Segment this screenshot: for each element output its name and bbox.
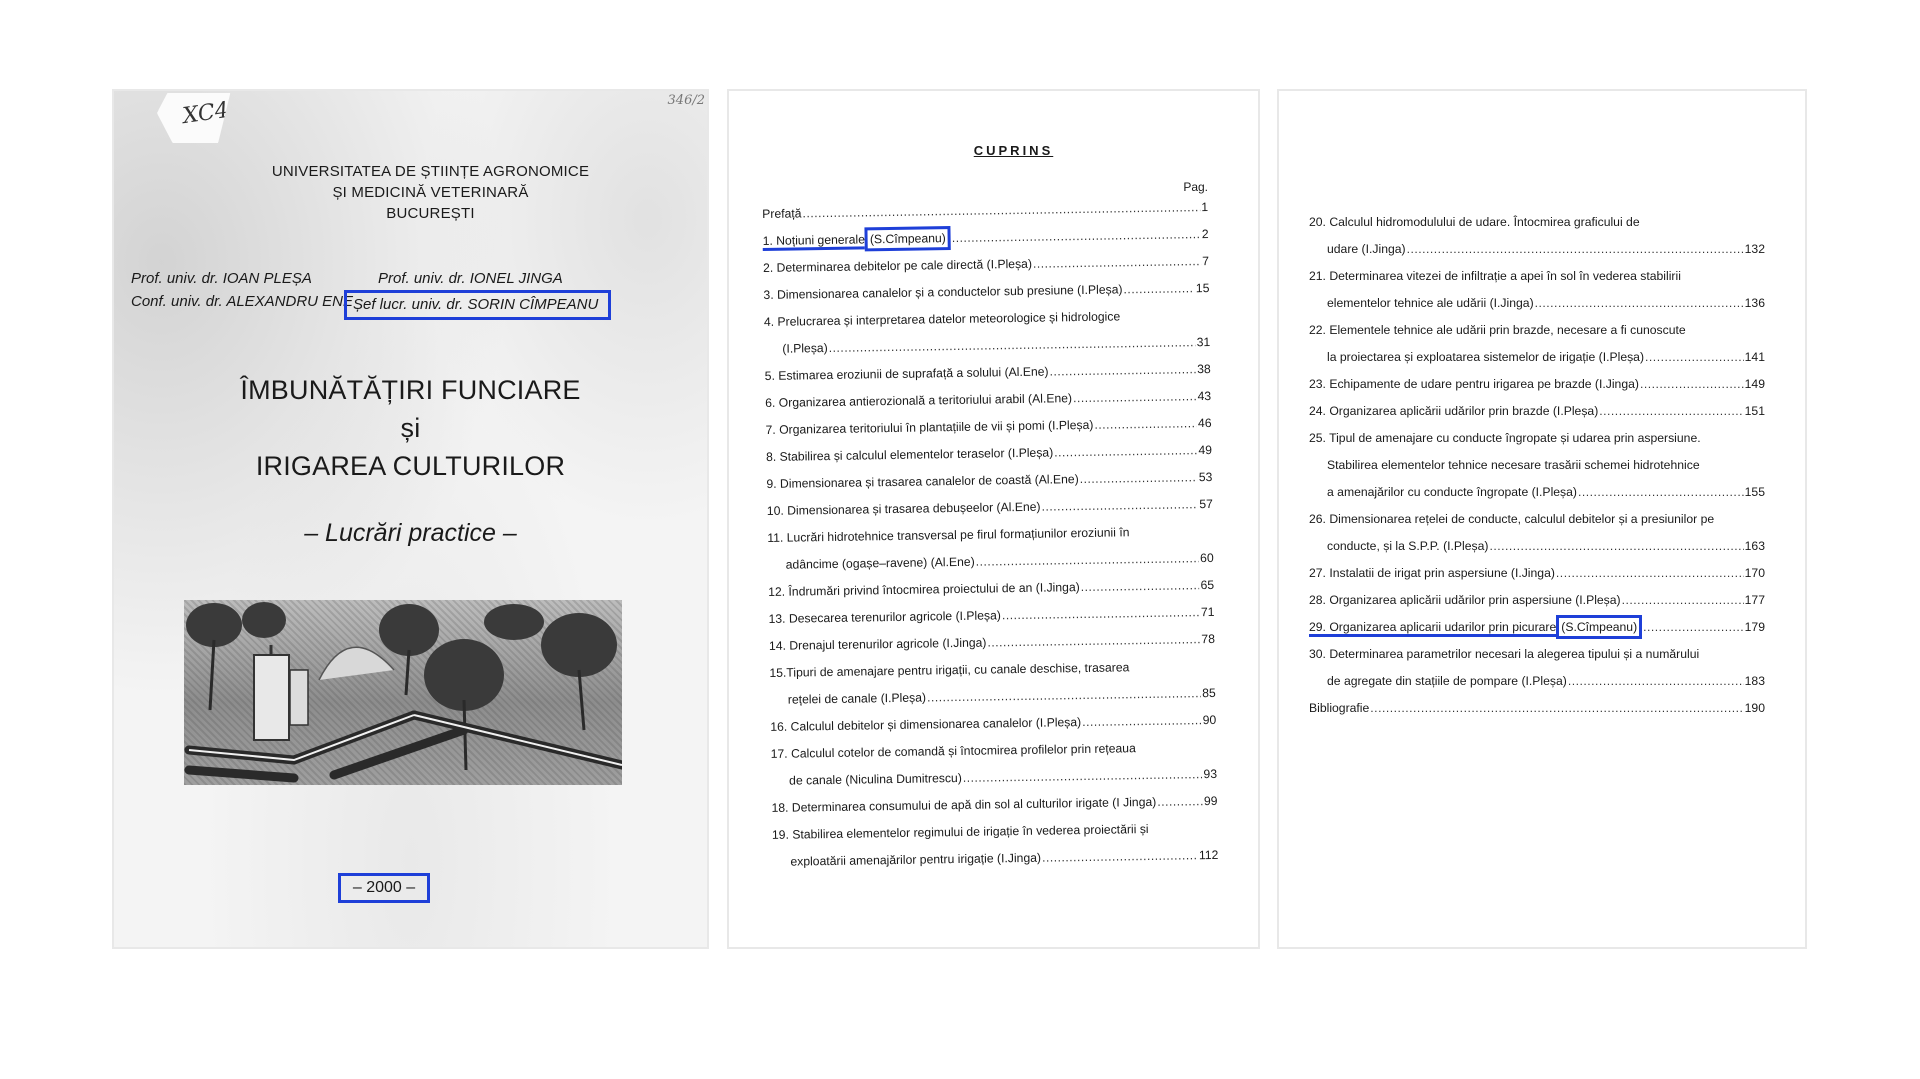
toc-entry: Bibliografie190 xyxy=(1309,695,1765,722)
toc-entry: udare (I.Jinga)132 xyxy=(1309,236,1765,263)
toc-entry-title: 29. Organizarea aplicarii udarilor prin … xyxy=(1309,614,1642,641)
toc-entry: la proiectarea și exploatarea sistemelor… xyxy=(1309,344,1765,371)
title-line: și xyxy=(114,409,707,447)
toc-page-number: 93 xyxy=(1203,761,1217,788)
toc-entry: 23. Echipamente de udare pentru irigarea… xyxy=(1309,371,1765,398)
leader-dots xyxy=(1157,788,1203,816)
toc-entry: conducte, și la S.P.P. (I.Pleșa)163 xyxy=(1309,533,1765,560)
leader-dots xyxy=(1033,248,1202,278)
irrigation-illustration xyxy=(184,600,622,785)
book-subtitle: – Lucrări practice – xyxy=(114,519,707,548)
toc-entry-title: rețelei de canale (I.Pleșa) xyxy=(788,684,927,713)
authors-left: Prof. univ. dr. IOAN PLEȘA Conf. univ. d… xyxy=(131,267,353,313)
toc-page-number: 46 xyxy=(1198,410,1212,437)
toc-entry: 30. Determinarea parametrilor necesari l… xyxy=(1309,641,1765,668)
cover-page: XC4 346/2 UNIVERSITATEA DE ȘTIINȚE AGRON… xyxy=(112,89,709,949)
leader-dots xyxy=(1041,491,1198,520)
leader-dots xyxy=(1123,275,1195,303)
toc-page-number: 141 xyxy=(1745,344,1765,371)
toc-page-number: 65 xyxy=(1200,572,1214,599)
toc-entry-title: Prefață xyxy=(762,200,802,228)
toc-entry: 27. Instalatii de irigat prin aspersiune… xyxy=(1309,560,1765,587)
toc-entry-title: 14. Drenajul terenurilor agricole (I.Jin… xyxy=(769,630,987,660)
leader-dots xyxy=(1643,614,1744,641)
toc-page-number: 136 xyxy=(1745,290,1765,317)
toc-entry: exploatării amenajărilor pentru irigație… xyxy=(772,842,1218,876)
leader-dots xyxy=(1002,599,1200,629)
toc-page-number: 183 xyxy=(1745,668,1765,695)
toc-page-number: 155 xyxy=(1745,479,1765,506)
toc-entry-title: exploatării amenajărilor pentru irigație… xyxy=(790,845,1041,876)
author: Prof. univ. dr. IOAN PLEȘA xyxy=(131,267,353,290)
publication-year: – 2000 – xyxy=(338,873,430,903)
toc-entry: de agregate din stațiile de pompare (I.P… xyxy=(1309,668,1765,695)
toc-entry-title: a amenajărilor cu conducte îngropate (I.… xyxy=(1327,479,1577,506)
leader-dots xyxy=(1370,695,1743,722)
toc-page-number: 132 xyxy=(1745,236,1765,263)
toc-entry-title: de canale (Niculina Dumitrescu) xyxy=(789,765,962,795)
toc-page-number: 43 xyxy=(1197,383,1211,410)
leader-dots xyxy=(1578,479,1744,506)
toc-entry-title: 28. Organizarea aplicării udărilor prin … xyxy=(1309,587,1621,614)
university-name: UNIVERSITATEA DE ȘTIINȚE AGRONOMICE ȘI M… xyxy=(114,161,707,224)
toc-page-number: 151 xyxy=(1745,398,1765,425)
leader-dots xyxy=(927,680,1202,711)
leader-dots xyxy=(1079,464,1198,493)
toc-page-number: 163 xyxy=(1745,533,1765,560)
leader-dots xyxy=(1081,572,1200,601)
leader-dots xyxy=(952,221,1201,252)
leader-dots xyxy=(1640,371,1744,398)
toc-entry-title: 10. Dimensionarea și trasarea debușeelor… xyxy=(767,494,1041,525)
leader-dots xyxy=(1042,842,1198,871)
toc-entry-title: 23. Echipamente de udare pentru irigarea… xyxy=(1309,371,1639,398)
toc-entry: 29. Organizarea aplicarii udarilor prin … xyxy=(1309,614,1765,641)
irrigation-scene-icon xyxy=(184,600,622,785)
university-city: BUCUREȘTI xyxy=(154,203,707,224)
toc-page-number: 2 xyxy=(1202,221,1209,248)
toc-entry: elementelor tehnice ale udării (I.Jinga)… xyxy=(1309,290,1765,317)
toc-entry-title: Stabilirea elementelor tehnice necesare … xyxy=(1327,452,1700,479)
toc-page-number: 7 xyxy=(1202,248,1209,275)
toc-page-number: 57 xyxy=(1199,491,1213,518)
leader-dots xyxy=(1568,668,1744,695)
toc-entry-title: 22. Elementele tehnice ale udării prin b… xyxy=(1309,317,1686,344)
toc-entry-title: 25. Tipul de amenajare cu conducte îngro… xyxy=(1309,425,1701,452)
toc-entry: 20. Calculul hidromodulului de udare. În… xyxy=(1309,209,1765,236)
leader-dots xyxy=(1094,410,1197,439)
toc-entry-title: conducte, și la S.P.P. (I.Pleșa) xyxy=(1327,533,1488,560)
toc-page-number: 112 xyxy=(1199,842,1219,869)
author: Conf. univ. dr. ALEXANDRU ENE xyxy=(131,290,353,313)
toc-page-number: 31 xyxy=(1197,329,1211,356)
toc-page-number: 53 xyxy=(1199,464,1213,491)
leader-dots xyxy=(987,626,1200,656)
page-column-label: Pag. xyxy=(1183,180,1208,194)
leader-dots xyxy=(976,545,1200,576)
toc-page-number: 85 xyxy=(1202,680,1216,707)
toc-entry-title: elementelor tehnice ale udării (I.Jinga) xyxy=(1327,290,1534,317)
toc-page-number: 78 xyxy=(1201,626,1215,653)
toc-entry: 21. Determinarea vitezei de infiltrație … xyxy=(1309,263,1765,290)
toc-page-number: 179 xyxy=(1745,614,1765,641)
highlighted-underline: 1. Noțiuni generale xyxy=(763,232,866,251)
toc-page-number: 71 xyxy=(1201,599,1215,626)
toc-entry: Stabilirea elementelor tehnice necesare … xyxy=(1309,452,1765,479)
toc-entry: 22. Elementele tehnice ale udării prin b… xyxy=(1309,317,1765,344)
toc-page-number: 38 xyxy=(1197,356,1211,383)
toc-entry: 26. Dimensionarea rețelei de conducte, c… xyxy=(1309,506,1765,533)
shelf-mark: 346/2 xyxy=(668,93,705,108)
toc-page-number: 1 xyxy=(1201,194,1208,221)
highlighted-author: Șef lucr. univ. dr. SORIN CÎMPEANU xyxy=(344,290,611,320)
title-line: ÎMBUNĂTĂȚIRI FUNCIARE xyxy=(114,371,707,409)
author: Prof. univ. dr. IONEL JINGA xyxy=(378,267,611,290)
toc-entry-title: 2. Determinarea debitelor pe cale direct… xyxy=(763,251,1032,282)
toc-entry-title: de agregate din stațiile de pompare (I.P… xyxy=(1327,668,1567,695)
handwritten-tag-text: XC4 xyxy=(181,98,230,129)
table-of-contents-page-2: 20. Calculul hidromodulului de udare. În… xyxy=(1277,89,1807,949)
handwritten-library-tag: XC4 xyxy=(152,93,231,143)
university-line: UNIVERSITATEA DE ȘTIINȚE AGRONOMICE xyxy=(154,161,707,182)
leader-dots xyxy=(1489,533,1743,560)
toc-entry-title: 24. Organizarea aplicării udărilor prin … xyxy=(1309,398,1598,425)
toc-page-number: 190 xyxy=(1745,695,1765,722)
university-line: ȘI MEDICINĂ VETERINARĂ xyxy=(154,182,707,203)
toc-page-number: 177 xyxy=(1745,587,1765,614)
toc-list: 20. Calculul hidromodulului de udare. În… xyxy=(1309,209,1765,722)
toc-entry-title: la proiectarea și exploatarea sistemelor… xyxy=(1327,344,1644,371)
leader-dots xyxy=(963,761,1203,792)
toc-entry-title: adâncime (ogașe–ravene) (Al.Ene) xyxy=(786,549,975,579)
table-of-contents-page-1: CUPRINS Pag. Prefață11. Noțiuni generale… xyxy=(727,89,1260,949)
toc-page-number: 60 xyxy=(1200,545,1214,572)
leader-dots xyxy=(1407,236,1744,263)
toc-entry-title: 30. Determinarea parametrilor necesari l… xyxy=(1309,641,1699,668)
toc-entry-title: 27. Instalatii de irigat prin aspersiune… xyxy=(1309,560,1555,587)
toc-page-number: 99 xyxy=(1204,788,1218,815)
toc-entry-title: 21. Determinarea vitezei de infiltrație … xyxy=(1309,263,1681,290)
toc-entry: a amenajărilor cu conducte îngropate (I.… xyxy=(1309,479,1765,506)
toc-heading: CUPRINS xyxy=(729,143,1258,158)
toc-page-number: 170 xyxy=(1745,560,1765,587)
leader-dots xyxy=(1082,707,1202,736)
toc-entry-title: 26. Dimensionarea rețelei de conducte, c… xyxy=(1309,506,1714,533)
toc-list: Prefață11. Noțiuni generale(S.Cîmpeanu)2… xyxy=(762,194,1219,876)
toc-entry: 24. Organizarea aplicării udărilor prin … xyxy=(1309,398,1765,425)
toc-page-number: 149 xyxy=(1745,371,1765,398)
leader-dots xyxy=(1645,344,1744,371)
highlighted-author-box: (S.Cîmpeanu) xyxy=(865,226,951,251)
toc-entry-title: 13. Desecarea terenurilor agricole (I.Pl… xyxy=(768,602,1001,633)
highlighted-author-box: (S.Cîmpeanu) xyxy=(1556,615,1642,639)
toc-page-number: 15 xyxy=(1196,275,1210,302)
toc-entry-title: (I.Pleșa) xyxy=(782,335,828,363)
toc-entry-title: 1. Noțiuni generale(S.Cîmpeanu) xyxy=(762,225,951,255)
toc-entry-title: Bibliografie xyxy=(1309,695,1369,722)
toc-entry: 28. Organizarea aplicării udărilor prin … xyxy=(1309,587,1765,614)
toc-entry: 25. Tipul de amenajare cu conducte îngro… xyxy=(1309,425,1765,452)
book-title: ÎMBUNĂTĂȚIRI FUNCIARE și IRIGAREA CULTUR… xyxy=(114,371,707,485)
authors-right: Prof. univ. dr. IONEL JINGA Șef lucr. un… xyxy=(378,267,611,320)
toc-page-number: 90 xyxy=(1202,707,1216,734)
leader-dots xyxy=(1622,587,1744,614)
title-line: IRIGAREA CULTURILOR xyxy=(114,447,707,485)
leader-dots xyxy=(1073,383,1197,412)
leader-dots xyxy=(1049,356,1196,385)
toc-entry-title: 20. Calculul hidromodulului de udare. În… xyxy=(1309,209,1640,236)
leader-dots xyxy=(1054,437,1198,466)
leader-dots xyxy=(1599,398,1743,425)
leader-dots xyxy=(1535,290,1744,317)
toc-entry-title: udare (I.Jinga) xyxy=(1327,236,1406,263)
leader-dots xyxy=(1556,560,1744,587)
highlighted-underline: 29. Organizarea aplicarii udarilor prin … xyxy=(1309,620,1556,637)
toc-page-number: 49 xyxy=(1198,437,1212,464)
